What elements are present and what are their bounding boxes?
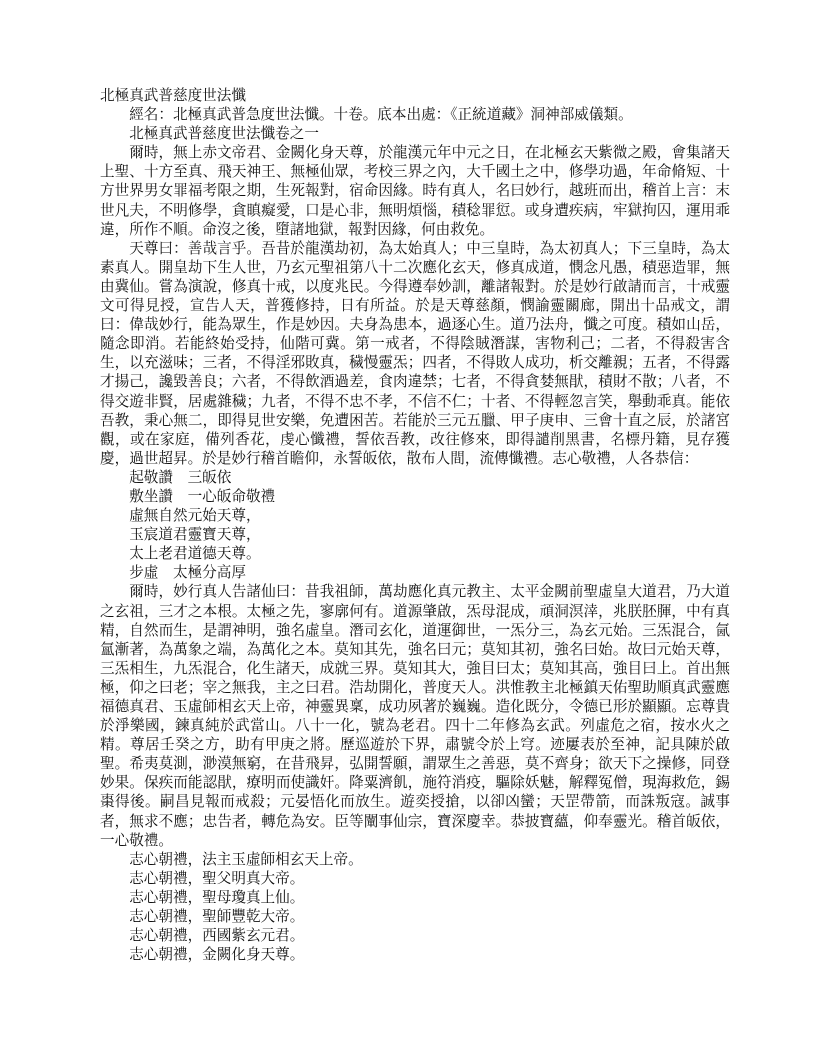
hymn-line-yuanshi-tianzun: 虛無自然元始天尊， — [100, 507, 730, 526]
document-title: 北極真武普慈度世法懺 — [100, 87, 730, 106]
paragraph-sermon: 爾時，妙行真人告諸仙曰：昔我祖師，萬劫應化真元教主、太平金闕前聖虛皇大道君，乃大… — [100, 583, 730, 850]
hymn-line-seating-praise: 敷坐讚 一心皈命敬禮 — [100, 488, 730, 507]
litany-line-jinque-tianzun: 志心朝禮，金闕化身天尊。 — [100, 946, 730, 965]
litany-line-xuantian-shangdi: 志心朝禮，法主玉虛師相玄天上帝。 — [100, 851, 730, 870]
paragraph-opening: 爾時，無上赤文帝君、金闕化身天尊，於龍漢元年中元之日，在北極玄天紫微之殿，會集諸… — [100, 144, 730, 239]
paragraph-ten-precepts: 天尊曰：善哉言乎。吾昔於龍漢劫初，為太始真人；中三皇時，為太初真人；下三皇時，為… — [100, 240, 730, 469]
hymn-line-buxu: 步虛 太極分高厚 — [100, 564, 730, 583]
litany-line-holy-father: 志心朝禮，聖父明真大帝。 — [100, 870, 730, 889]
hymn-line-opening-praise: 起敬讚 三皈依 — [100, 469, 730, 488]
litany-line-holy-teacher: 志心朝禮，聖師豐乾大帝。 — [100, 908, 730, 927]
edition-note: 經名：北極真武普急度世法懺。十卷。底本出處：《正統道藏》洞神部威儀類。 — [100, 106, 730, 125]
hymn-line-daode-tianzun: 太上老君道德天尊。 — [100, 545, 730, 564]
chapter-heading: 北極真武普慈度世法懺卷之一 — [100, 125, 730, 144]
scripture-page: 北極真武普慈度世法懺 經名：北極真武普急度世法懺。十卷。底本出處：《正統道藏》洞… — [0, 0, 816, 1056]
litany-line-holy-mother: 志心朝禮，聖母瓊真上仙。 — [100, 889, 730, 908]
scripture-document: 北極真武普慈度世法懺 經名：北極真武普急度世法懺。十卷。底本出處：《正統道藏》洞… — [100, 87, 730, 965]
hymn-line-lingbao-tianzun: 玉宸道君靈寶天尊， — [100, 526, 730, 545]
litany-line-zixuan-yuanjun: 志心朝禮，西國紫玄元君。 — [100, 927, 730, 946]
